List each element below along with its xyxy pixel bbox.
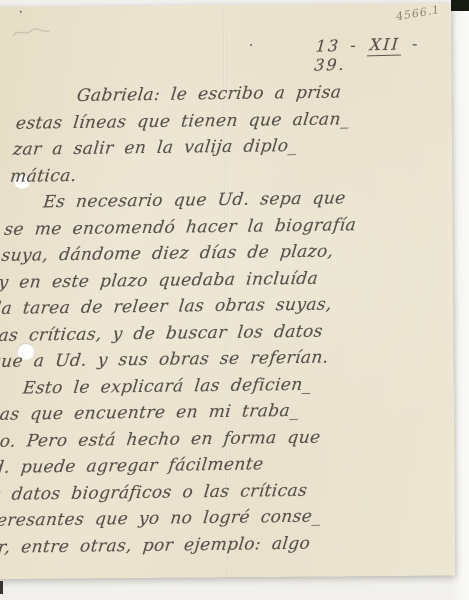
pencil-scribble: [10, 25, 54, 41]
archive-number: 4566.1: [395, 3, 441, 23]
letter-line: guir, entre otras, por ejemplo: algo: [0, 529, 393, 561]
scanned-letter-page: 4566.1 13 - XII - 39. Gabriela: le escri…: [0, 0, 469, 600]
letter-date: 13 - XII - 39.: [314, 33, 452, 74]
ink-speck: [20, 11, 22, 13]
letter-paper: 4566.1 13 - XII - 39. Gabriela: le escri…: [0, 3, 455, 579]
date-month-roman: XII: [367, 34, 403, 56]
scan-dark-corner: [451, 0, 469, 11]
date-day: 13 -: [315, 36, 358, 56]
ink-speck: [250, 44, 252, 46]
letter-body: Gabriela: le escribo a prisa estas línea…: [0, 78, 443, 561]
scan-edge-mark: [0, 581, 3, 594]
